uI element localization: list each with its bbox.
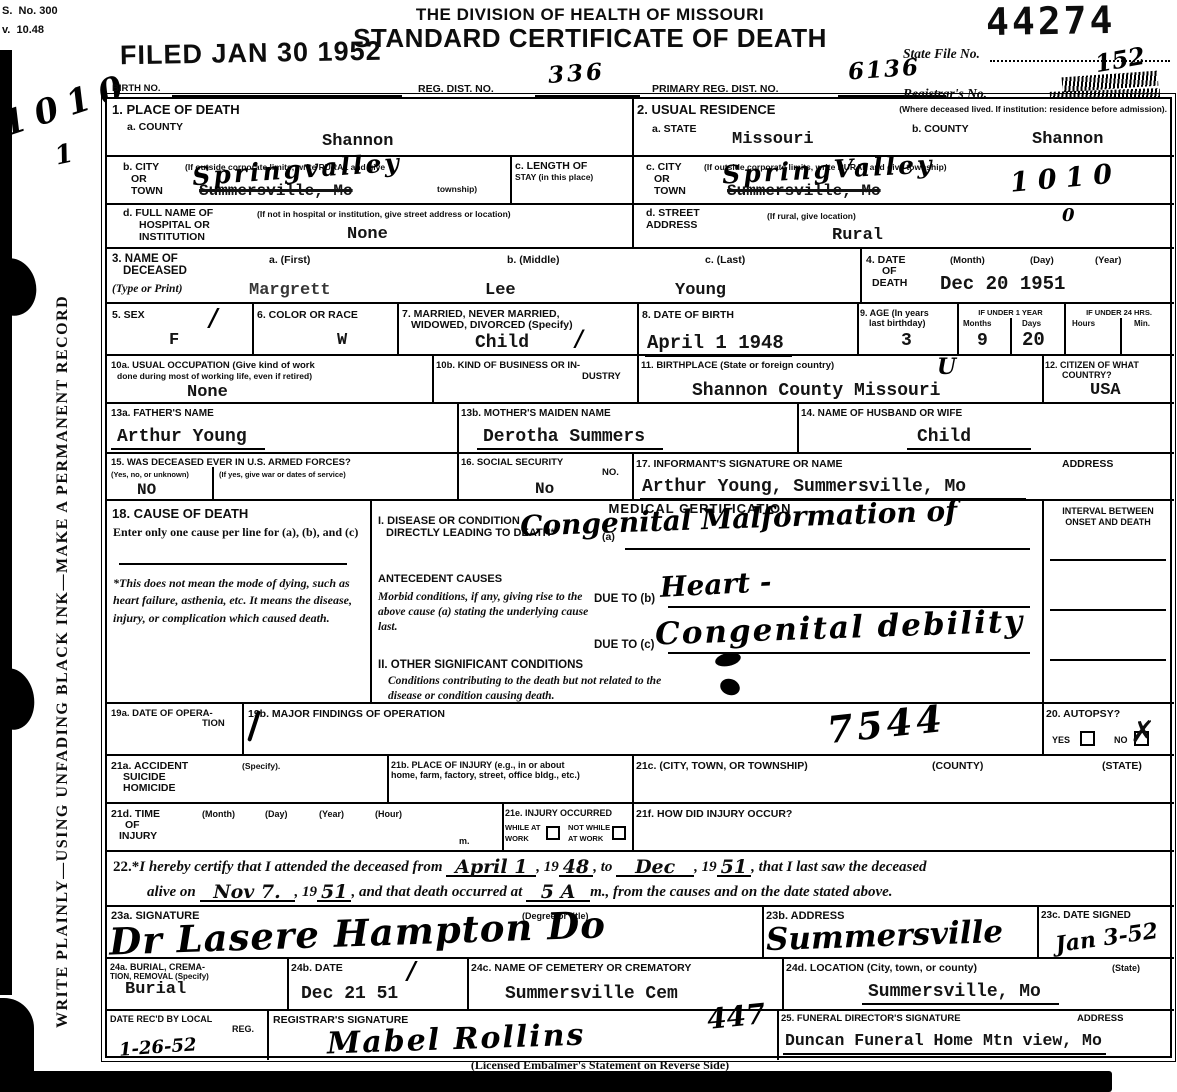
row-armed-informant: 15. WAS DECEASED EVER IN U.S. ARMED FORC… — [107, 452, 1174, 499]
field-label: 1. PLACE OF DEATH — [112, 103, 240, 117]
citizen-value: USA — [1090, 382, 1121, 399]
other-conditions-note: Conditions contributing to the death but… — [388, 674, 678, 704]
city-town: TOWN — [654, 185, 686, 197]
field-label3: INJURY — [119, 830, 157, 842]
cemetery-value: Summersville Cem — [505, 985, 678, 1003]
field-color-or-race: 6. COLOR OR RACE W — [252, 304, 397, 354]
header-division: THE DIVISION OF HEALTH OF MISSOURI — [330, 6, 850, 23]
hospital-value: None — [347, 226, 388, 243]
field-date-of-birth: 8. DATE OF BIRTH April 1 1948 — [637, 304, 857, 354]
marital-value: Child — [475, 334, 529, 352]
field-date-of-operation: 19a. DATE OF OPERA- TION — [107, 704, 242, 754]
sex-value: F — [169, 332, 179, 349]
street-label2: ADDRESS — [646, 219, 697, 231]
address-handwritten: Summersville — [766, 917, 1004, 956]
hospital-label3: INSTITUTION — [139, 231, 205, 243]
certify-t6: alive on — [147, 884, 196, 900]
line-a — [625, 548, 1030, 550]
field-label: 15. WAS DECEASED EVER IN U.S. ARMED FORC… — [111, 457, 351, 469]
spouse-value: Child — [907, 428, 1031, 450]
row-time-of-injury: 21d. TIME OF INJURY (Month) (Day) (Year)… — [107, 802, 1174, 850]
field-informant: 17. INFORMANT'S SIGNATURE OR NAME ADDRES… — [632, 454, 1174, 499]
field-label2: REG. — [232, 1024, 254, 1035]
certify-t1: I hereby certify that I attended the dec… — [139, 859, 442, 875]
form-number: S. No. 300 — [2, 5, 58, 18]
marital-mark: / — [575, 328, 583, 350]
city-handwritten-number: 1010 — [1009, 160, 1122, 197]
field-autopsy: 20. AUTOPSY? YES NO ✗ — [1042, 704, 1174, 754]
burial-date-value: Dec 21 51 — [301, 985, 398, 1003]
county-label: a. COUNTY — [127, 121, 183, 133]
field-sub1: (Yes, no, or unknown) — [111, 470, 189, 479]
field-label: 13b. MOTHER'S MAIDEN NAME — [461, 408, 611, 420]
certify-t2: , 19 — [536, 859, 559, 875]
row-cause-of-death: 18. CAUSE OF DEATH Enter only one cause … — [107, 499, 1174, 702]
race-value: W — [337, 332, 347, 349]
field-husband-or-wife: 14. NAME OF HUSBAND OR WIFE Child — [797, 404, 1174, 452]
address-label: ADDRESS — [1077, 1014, 1123, 1025]
stay-label2: STAY (in this place) — [515, 172, 593, 183]
certify-hour-value: 5 A — [526, 885, 590, 902]
field-label: 24d. LOCATION (City, town, or county) — [786, 962, 977, 974]
reg-dist-value: 336 — [547, 60, 605, 87]
month-label: (Month) — [950, 255, 985, 267]
field-place-of-death: 1. PLACE OF DEATH a. COUNTY Shannon b. C… — [107, 99, 632, 247]
state-file-stamp: 44274 — [986, 1, 1116, 41]
county-label: b. COUNTY — [912, 123, 969, 135]
not-work-label: AT WORK — [568, 834, 603, 843]
while-at-label: WHILE AT — [505, 823, 540, 832]
city-town: TOWN — [131, 185, 163, 197]
field-label: 23c. DATE SIGNED — [1041, 910, 1131, 922]
field-label: 24c. NAME OF CEMETERY OR CREMATORY — [471, 962, 691, 974]
field-burial-type: 24a. BURIAL, CREMA- TION, REMOVAL (Speci… — [107, 959, 287, 1009]
yes-label: YES — [1052, 735, 1070, 746]
interval-line — [1050, 659, 1166, 661]
disease-label: I. DISEASE OR CONDITION — [378, 515, 520, 528]
state-label: (STATE) — [1102, 760, 1142, 772]
certify-t4: , 19 — [694, 859, 717, 875]
scan-corner — [0, 998, 34, 1092]
hours-label: Hours — [1072, 319, 1095, 329]
year-label: (Year) — [319, 809, 344, 820]
reg-dist-label: REG. DIST. NO. — [418, 83, 494, 95]
row-operation: 19a. DATE OF OPERA- TION 19b. MAJOR FIND… — [107, 702, 1174, 754]
field-accident-suicide-homicide: 21a. ACCIDENT (Specify). SUICIDE HOMICID… — [107, 756, 387, 802]
certify-line2: alive on Nov 7., 1951, and that death oc… — [147, 881, 893, 904]
date-signed-handwritten: Jan 3-52 — [1054, 920, 1159, 956]
handwritten-447: 447 — [706, 1000, 767, 1034]
while-work-label: WORK — [505, 834, 529, 843]
certify-t7: , 19 — [295, 884, 318, 900]
morbid-note: Morbid conditions, if any, giving rise t… — [378, 590, 590, 635]
birthplace-value: Shannon County Missouri — [692, 382, 940, 400]
year-label: (Year) — [1095, 255, 1121, 267]
hospital-note: (If not in hospital or institution, give… — [257, 209, 511, 220]
field-time-of-injury: 21d. TIME OF INJURY (Month) (Day) (Year)… — [107, 804, 502, 850]
binder-strip — [0, 50, 12, 995]
field-date-signed: 23c. DATE SIGNED Jan 3-52 — [1037, 907, 1174, 957]
field-usual-occupation: 10a. USUAL OCCUPATION (Give kind of work… — [107, 356, 432, 402]
field-mother-maiden-name: 13b. MOTHER'S MAIDEN NAME Derotha Summer… — [457, 404, 797, 452]
embalmer-footer: (Licensed Embalmer's Statement on Revers… — [300, 1059, 900, 1071]
armed-forces-value: NO — [137, 482, 156, 498]
field-place-of-injury: 21b. PLACE OF INJURY (e.g., in or about … — [387, 756, 632, 802]
field-age-months: Months 9 — [957, 304, 1010, 354]
certify-t3: , to — [593, 859, 612, 875]
certify-to-year: 51 — [717, 860, 751, 877]
occupation-value: None — [187, 384, 228, 401]
last-label: c. (Last) — [705, 254, 745, 266]
residence-note: (Where deceased lived. If institution: r… — [827, 104, 1167, 115]
certify-from-value: April 1 — [446, 860, 536, 877]
row-signature: 23a. SIGNATURE (Degree or title) Dr Lase… — [107, 905, 1174, 957]
certify-to-value: Dec — [616, 860, 694, 877]
row-burial: 24a. BURIAL, CREMA- TION, REMOVAL (Speci… — [107, 957, 1174, 1009]
field-marital-status: 7. MARRIED, NEVER MARRIED, WIDOWED, DIVO… — [397, 304, 637, 354]
certify-alive-value: Nov 7. — [200, 885, 295, 902]
funeral-director-value: Duncan Funeral Home Mtn view, Mo — [783, 1033, 1106, 1055]
field-cause-of-death-note: 18. CAUSE OF DEATH Enter only one cause … — [107, 501, 370, 702]
findings-handwritten: 7544 — [825, 700, 947, 749]
field-date-of-death: 4. DATE OF DEATH (Month) (Day) (Year) De… — [860, 249, 1174, 302]
burial-location-value: Summersville, Mo — [862, 983, 1059, 1005]
due-b-label: DUE TO (b) — [594, 593, 655, 606]
m-label: m. — [459, 836, 470, 847]
field-date-received: DATE REC'D BY LOCAL REG. 1-26-52 — [107, 1011, 267, 1060]
city-or: OR — [131, 173, 147, 185]
street-label: d. STREET — [646, 207, 700, 219]
mother-value: Derotha Summers — [477, 428, 663, 450]
primary-reg-label: PRIMARY REG. DIST. NO. — [652, 83, 779, 95]
divider — [510, 155, 512, 203]
street-note: (If rural, give location) — [767, 211, 856, 222]
county-value: Shannon — [322, 133, 393, 150]
filed-stamp: FILED JAN 30 1952 — [120, 38, 382, 70]
state-file-label: State File No. — [903, 47, 980, 61]
row-sex-age: 5. SEX / F 6. COLOR OR RACE W 7. MARRIED… — [107, 302, 1174, 354]
months-label: Months — [963, 319, 991, 329]
field-label: 11. BIRTHPLACE (State or foreign country… — [641, 360, 834, 372]
city-handwritten: SpringValley — [721, 151, 935, 187]
form-revision: v. 10.48 — [2, 24, 44, 37]
day-label: (Day) — [265, 809, 288, 820]
sex-mark: / — [209, 306, 218, 330]
field-label: 10b. KIND OF BUSINESS OR IN- — [436, 360, 580, 372]
certify-t9: m., from the causes and on the date stat… — [590, 884, 893, 900]
autopsy-no-mark: ✗ — [1130, 718, 1155, 748]
cause-note1: Enter only one cause per line for (a), (… — [113, 525, 363, 539]
birthplace-mark: U — [937, 356, 956, 378]
days-value: 20 — [1022, 331, 1045, 350]
field-physician-signature: 23a. SIGNATURE (Degree or title) Dr Lase… — [107, 907, 762, 957]
middle-label: b. (Middle) — [507, 254, 560, 266]
field-label: 25. FUNERAL DIRECTOR'S SIGNATURE — [781, 1014, 961, 1025]
certify-t5: , that I last saw the deceased — [751, 859, 926, 875]
row-accident: 21a. ACCIDENT (Specify). SUICIDE HOMICID… — [107, 754, 1174, 802]
field-birthplace: 11. BIRTHPLACE (State or foreign country… — [637, 356, 1042, 402]
field-sub2: (If yes, give war or dates of service) — [219, 470, 346, 479]
ssn-value: No — [535, 481, 554, 497]
field-label: 5. SEX — [112, 309, 145, 321]
city-label: b. CITY — [123, 161, 159, 173]
first-value: Margrett — [249, 282, 331, 299]
month-label: (Month) — [202, 809, 235, 820]
field-armed-forces: 15. WAS DECEASED EVER IN U.S. ARMED FORC… — [107, 454, 457, 499]
certify-from-year: 48 — [559, 860, 593, 877]
county-label: (COUNTY) — [932, 760, 983, 772]
field-label: 24b. DATE — [291, 962, 343, 974]
street-mark: 0 — [1062, 207, 1075, 225]
field-how-injury-occurred: 21f. HOW DID INJURY OCCUR? — [632, 804, 1174, 850]
field-label: 21c. (CITY, TOWN, OR TOWNSHIP) — [636, 760, 808, 772]
field-label: 13a. FATHER'S NAME — [111, 408, 214, 420]
certify-t8: , and that death occurred at — [351, 884, 522, 900]
certify-alive-year: 51 — [317, 885, 351, 902]
field-injury-occurred: 21e. INJURY OCCURRED WHILE AT WORK NOT W… — [502, 804, 632, 850]
field-burial-location: 24d. LOCATION (City, town, or county) (S… — [782, 959, 1174, 1009]
row-name: 3. NAME OF DECEASED (Type or Print) a. (… — [107, 247, 1174, 302]
field-certify-statement: 22.*I hereby certify that I attended the… — [107, 852, 1174, 905]
city-label: c. CITY — [646, 161, 682, 173]
field-medical-certification: MEDICAL CERTIFICATION I. DISEASE OR COND… — [370, 501, 1042, 702]
interval-line — [1050, 559, 1166, 561]
field-label: 20. AUTOPSY? — [1046, 708, 1120, 720]
due-c-label: DUE TO (c) — [594, 639, 655, 652]
field-label: 19b. MAJOR FINDINGS OF OPERATION — [248, 708, 445, 720]
row-certify: 22.*I hereby certify that I attended the… — [107, 850, 1174, 905]
field-label: 19a. DATE OF OPERA- — [111, 708, 213, 720]
field-usual-residence: 2. USUAL RESIDENCE (Where deceased lived… — [632, 99, 1174, 247]
field-label2: WIDOWED, DIVORCED (Specify) — [411, 319, 573, 331]
city-handwritten: Springvalley — [191, 150, 402, 190]
line — [119, 563, 347, 565]
field-age-min: Min. — [1120, 304, 1174, 354]
field-sex: 5. SEX / F — [107, 304, 252, 354]
middle-value: Lee — [485, 282, 516, 299]
certify-line1: 22.*I hereby certify that I attended the… — [113, 856, 927, 879]
field-label2: home, farm, factory, street, office bldg… — [391, 770, 580, 781]
margin-instruction: WRITE PLAINLY—USING UNFADING BLACK INK—M… — [55, 268, 71, 1028]
field-major-findings: 19b. MAJOR FINDINGS OF OPERATION 7544 — [242, 704, 1042, 754]
state-label: (State) — [1112, 963, 1140, 974]
other-conditions-label: II. OTHER SIGNIFICANT CONDITIONS — [378, 659, 583, 672]
field-age-hours: Hours — [1064, 304, 1120, 354]
age-value: 3 — [901, 332, 912, 350]
no-label: NO — [1114, 735, 1128, 746]
row-place-residence: 1. PLACE OF DEATH a. COUNTY Shannon b. C… — [107, 99, 1174, 247]
field-label2: DUSTRY — [582, 371, 621, 383]
county-value: Shannon — [1032, 131, 1103, 148]
field-citizen: 12. CITIZEN OF WHAT COUNTRY? USA — [1042, 356, 1174, 402]
field-label3: DEATH — [872, 277, 907, 289]
last-value: Young — [675, 282, 726, 299]
field-label: 18. CAUSE OF DEATH — [112, 507, 248, 521]
interval-label2: ONSET AND DEATH — [1042, 517, 1174, 528]
burial-date-mark: / — [407, 959, 416, 983]
field-age: 9. AGE (In years last birthday) 3 — [857, 304, 957, 354]
birth-no-label: BIRTH NO. — [112, 84, 161, 95]
field-label: 2. USUAL RESIDENCE — [637, 103, 775, 117]
hospital-label2: HOSPITAL OR — [139, 219, 210, 231]
date-received-handwritten: 1-26-52 — [118, 1036, 197, 1059]
row-parents: 13a. FATHER'S NAME Arthur Young 13b. MOT… — [107, 402, 1174, 452]
field-father-name: 13a. FATHER'S NAME Arthur Young — [107, 404, 457, 452]
specify-label: (Specify). — [242, 761, 280, 772]
field-label: 17. INFORMANT'S SIGNATURE OR NAME — [636, 458, 842, 470]
field-label2: TION — [202, 718, 225, 730]
antecedent-label: ANTECEDENT CAUSES — [378, 573, 502, 586]
field-label2: COUNTRY? — [1062, 370, 1112, 381]
field-label: 14. NAME OF HUSBAND OR WIFE — [801, 408, 962, 420]
field-interval: INTERVAL BETWEEN ONSET AND DEATH — [1042, 501, 1174, 702]
cause-note2: *This does not mean the mode of dying, s… — [113, 575, 361, 627]
hour-label: (Hour) — [375, 809, 402, 820]
handwritten-1-margin: 1 — [52, 140, 75, 169]
cause-c-handwritten: Congenital debility — [655, 607, 1025, 651]
header-title: STANDARD CERTIFICATE OF DEATH — [330, 25, 850, 51]
field-burial-date: 24b. DATE / Dec 21 51 — [287, 959, 467, 1009]
informant-value: Arthur Young, Summersville, Mo — [640, 478, 1026, 500]
registrar-signature-handwritten: Mabel Rollins — [327, 1021, 586, 1060]
state-value: Missouri — [732, 131, 814, 148]
field-label3: HOMICIDE — [123, 782, 176, 794]
interval-line — [1050, 609, 1166, 611]
certify-num: 22.* — [113, 859, 139, 875]
address-label: ADDRESS — [1062, 458, 1113, 470]
while-at-work-checkbox[interactable] — [546, 826, 560, 840]
field-name-of-deceased: 3. NAME OF DECEASED (Type or Print) a. (… — [107, 249, 860, 302]
autopsy-yes-checkbox[interactable] — [1080, 731, 1095, 746]
field-age-days: Days 20 — [1010, 304, 1064, 354]
day-label: (Day) — [1030, 255, 1054, 267]
field-label2: NO. — [602, 467, 619, 479]
field-business-industry: 10b. KIND OF BUSINESS OR IN- DUSTRY — [432, 356, 637, 402]
field-label: 21e. INJURY OCCURRED — [505, 808, 612, 819]
field-label: DATE REC'D BY LOCAL — [110, 1014, 212, 1025]
father-value: Arthur Young — [111, 428, 265, 450]
days-label: Days — [1022, 319, 1041, 329]
field-social-security: 16. SOCIAL SECURITY NO. No — [457, 454, 632, 499]
not-while-at-work-checkbox[interactable] — [612, 826, 626, 840]
row-occupation: 10a. USUAL OCCUPATION (Give kind of work… — [107, 354, 1174, 402]
cause-b-handwritten: Heart - — [659, 568, 772, 602]
state-label: a. STATE — [652, 123, 697, 135]
field-label: 6. COLOR OR RACE — [257, 309, 358, 321]
stay-label: c. LENGTH OF — [515, 160, 587, 172]
field-label2: last birthday) — [869, 318, 926, 329]
street-value: Rural — [832, 227, 883, 244]
months-value: 9 — [977, 332, 988, 350]
field-injury-location: 21c. (CITY, TOWN, OR TOWNSHIP) (COUNTY) … — [632, 756, 1174, 802]
field-registrar-signature: REGISTRAR'S SIGNATURE Mabel Rollins 447 — [267, 1011, 777, 1060]
row-registrar: DATE REC'D BY LOCAL REG. 1-26-52 REGISTR… — [107, 1009, 1174, 1060]
date-of-death-value: Dec 20 1951 — [940, 275, 1065, 294]
city-or: OR — [654, 173, 670, 185]
interval-label: INTERVAL BETWEEN — [1042, 506, 1174, 517]
binder-hole — [0, 664, 39, 733]
ink-smudge — [718, 676, 742, 698]
field-label2: DECEASED — [123, 265, 187, 278]
field-funeral-director: 25. FUNERAL DIRECTOR'S SIGNATURE ADDRESS… — [777, 1011, 1174, 1060]
field-physician-address: 23b. ADDRESS Summersville — [762, 907, 1037, 957]
scan-bottom-bar — [30, 1071, 1112, 1092]
hospital-label: d. FULL NAME OF — [123, 207, 213, 219]
field-label: 21f. HOW DID INJURY OCCUR? — [636, 808, 792, 820]
field-label: 8. DATE OF BIRTH — [642, 309, 734, 321]
min-label: Min. — [1134, 319, 1150, 329]
burial-value: Burial — [125, 981, 186, 998]
binder-hole — [0, 253, 42, 321]
certificate-form: 1. PLACE OF DEATH a. COUNTY Shannon b. C… — [105, 97, 1172, 1058]
field-label: 16. SOCIAL SECURITY — [461, 457, 563, 469]
first-label: a. (First) — [269, 254, 310, 266]
city-note2: township) — [437, 184, 477, 195]
field-label2: OF — [882, 265, 897, 277]
type-or-print: (Type or Print) — [112, 282, 182, 297]
not-while-label: NOT WHILE — [568, 823, 610, 832]
field-label2: done during most of working life, even i… — [117, 371, 312, 382]
